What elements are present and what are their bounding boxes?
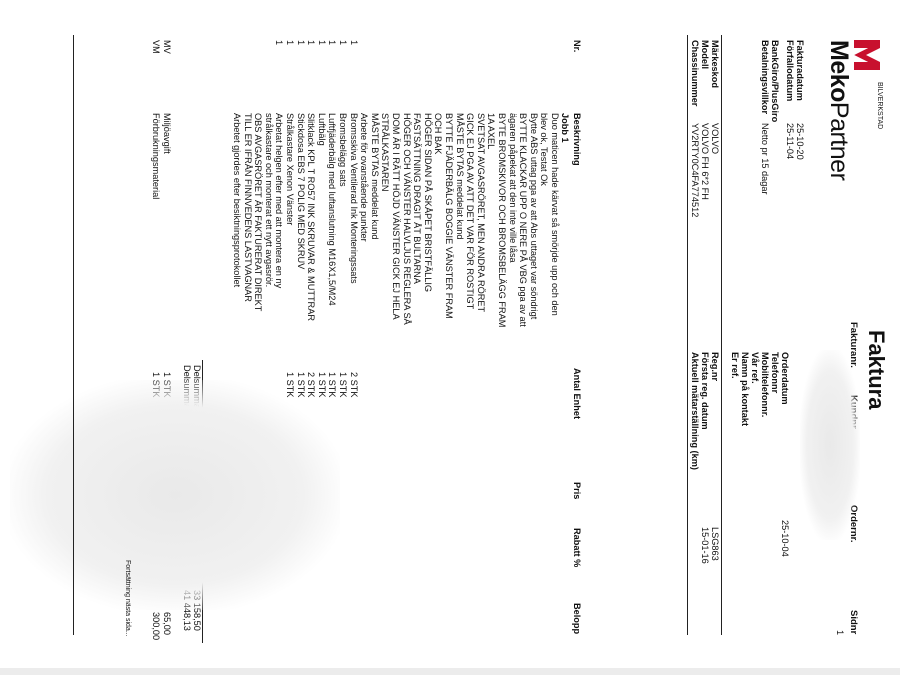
order-date: 25-10-04 xyxy=(779,520,790,557)
reg-number: LSG863 xyxy=(709,527,720,561)
continuation-note: Fortsättning nästa sida... xyxy=(121,560,132,637)
item-description: Slitklack KPL T RO57 INK SKRUVAR & MUTTR… xyxy=(306,113,317,321)
item-description: Bromsskiva Ventilerad Ink Monteringssats xyxy=(348,113,359,284)
brand-tagline: BILVERKSTAD xyxy=(873,82,884,129)
item-nr: 1 xyxy=(348,40,359,45)
model: VOLVO FH 6*2 FH xyxy=(699,123,710,200)
job-title: Jobb 1 xyxy=(559,113,570,143)
job-text-line: ägaren påpekat att den inte ville låsa xyxy=(507,113,518,327)
mekopartner-logo-icon xyxy=(854,40,880,70)
col-price: Pris xyxy=(571,482,582,499)
reg-label: Reg.nr xyxy=(709,352,720,381)
page-number: 1 xyxy=(834,630,845,635)
fee-amount: 300,00 xyxy=(151,612,162,640)
invoice-page: BILVERKSTAD MekoPartner Faktura Fakturan… xyxy=(0,0,900,668)
job-text-line: BYTE BROMSKIVOR OCH BROMSBELÄGG FRAM xyxy=(496,113,507,327)
item-nr: 1 xyxy=(284,40,295,45)
item-nr: 1 xyxy=(327,40,338,45)
model-label: Modell xyxy=(699,40,710,69)
job-text-line: STRÅLKASTAREN xyxy=(380,113,391,327)
item-description: Luftfjäderbälg med luftanslutning M16X1,… xyxy=(327,113,338,306)
payment-terms-label: Betalningsvillkor xyxy=(759,40,770,114)
job-text-line: HÖGER SIDAN PÅ SKÅPET BRISTFÄLLIG xyxy=(422,113,433,327)
item-description: Luftbälg xyxy=(316,113,327,146)
fee-description: Förbrukningsmaterial xyxy=(151,113,162,199)
invoice-date-label: Fakturadatum xyxy=(794,40,805,101)
job-text-line: OCH BAK xyxy=(433,113,444,327)
item-description: Bromsbelägg sats xyxy=(337,113,348,187)
due-date: 25-11-04 xyxy=(784,123,795,159)
fee-code: VM xyxy=(151,40,162,54)
item-nr: 1 xyxy=(306,40,317,45)
item-nr: 1 xyxy=(337,40,348,45)
odometer-label: Aktuell mätarställning (km) xyxy=(689,352,700,470)
chassis-number: YV2RTY0C4FA774512 xyxy=(689,123,700,217)
item-quantity: 2 STK xyxy=(348,372,359,398)
item-note: Arbetet gjordes efter besiktningsprotoko… xyxy=(231,113,242,287)
divider xyxy=(73,35,74,635)
job-text-line: MÅSTE BYTAS meddelat kund xyxy=(369,113,380,327)
fee-code: MV xyxy=(161,40,172,54)
job-text-line: GICK EJ PGA AV ATT DET VAR FÖR ROSTIGT xyxy=(465,113,476,327)
divider xyxy=(687,35,688,635)
bankgiro-label: BankGiro/PlusGiro xyxy=(769,40,780,122)
mobile-label: Mobiltelefonnr. xyxy=(759,352,770,417)
col-qty-unit: Antal Enhet xyxy=(571,368,582,419)
item-nr: 1 xyxy=(316,40,327,45)
divider xyxy=(721,35,722,635)
col-amount: Belopp xyxy=(571,603,582,634)
job-text-line: SVETSAT AVGASRÖRET, MEN ANDRA RÖRET xyxy=(475,113,486,327)
job-text-line: FASTSÄTTNING DRAGIT ÅT BULTARNA xyxy=(412,113,423,327)
fee-amount: 65,00 xyxy=(161,612,172,635)
col-discount: Rabatt % xyxy=(571,528,582,567)
job-text-line: Bytte ABS uttag pga av att Abs uttaget v… xyxy=(528,113,539,327)
page-number-label: Sidnr xyxy=(847,610,858,634)
brand-name: MekoPartner xyxy=(826,40,852,180)
item-note: OBS AVGASRÖRET ÄR FAKTURERAT DIREKT xyxy=(253,113,264,311)
job-text-line: Duo maticen hade kärvat så smörjde upp o… xyxy=(549,113,560,327)
redacted-area xyxy=(10,380,340,610)
job-description: Duo maticen hade kärvat så smörjde upp o… xyxy=(359,113,560,327)
invoice-date: 25-10-20 xyxy=(794,123,805,160)
job-text-line: Arbete för ovanstående punkter xyxy=(359,113,370,327)
page-title: Faktura xyxy=(864,330,888,409)
chassis-label: Chassinummer xyxy=(689,40,700,106)
contact-name-label: Namn på kontakt xyxy=(739,352,750,426)
job-text-line: BYTTE KLACKAR UPP O NERE PÅ VBG pga av a… xyxy=(518,113,529,327)
item-description: Stickdosa EBS 7 POLIG MED SKRUV xyxy=(295,113,306,269)
make: VOLVO xyxy=(709,123,720,154)
col-description: Beskrivning xyxy=(571,113,582,166)
col-nr: Nr. xyxy=(571,40,582,52)
item-note: strålkastare och monterat ett nytt avgas… xyxy=(263,113,274,287)
first-reg-label: Första reg. datum xyxy=(699,352,710,430)
item-nr: 1 xyxy=(274,40,285,45)
payment-terms: Netto pr 15 dagar xyxy=(759,123,770,195)
item-description: Strålkastare Xenon Vänster xyxy=(284,113,295,225)
phone-label: Telefonnr xyxy=(769,352,780,393)
due-date-label: Förfallodatum xyxy=(784,40,795,101)
first-reg-date: 15-01-16 xyxy=(699,527,710,564)
job-text-line: 1A AXEL xyxy=(486,113,497,327)
document-scan: BILVERKSTAD MekoPartner Faktura Fakturan… xyxy=(0,0,900,668)
make-label: Märkeskod xyxy=(709,40,720,88)
job-text-line: DOM ÄR I RÄTT HÖJD VÄNSTER GICK EJ HELA xyxy=(391,113,402,327)
job-text-line: BYTTE FJÄDERBÄLG BOGGIE VÄNSTER FRAM xyxy=(443,113,454,327)
order-date-label: Orderdatum xyxy=(779,352,790,405)
item-description: Arbetat helgen efter med att montera en … xyxy=(274,113,285,288)
item-note: TILL ER IFRÅN FINNVEDENS LASTVAGNAR xyxy=(242,113,253,302)
item-nr: 1 xyxy=(295,40,306,45)
job-text-line: blev ok, Testat Ok xyxy=(539,113,550,327)
redacted-area xyxy=(800,350,860,540)
job-text-line: MÅSTE BYTAS meddelat kund xyxy=(454,113,465,327)
job-text-line: HÖGER OCH VÄNSTER HALVLJUS REGLERA SÅ xyxy=(401,113,412,327)
our-ref-label: Vår ref. xyxy=(749,352,760,384)
fee-description: Miljöavgift xyxy=(161,113,172,154)
your-ref-label: Er ref. xyxy=(729,352,740,379)
